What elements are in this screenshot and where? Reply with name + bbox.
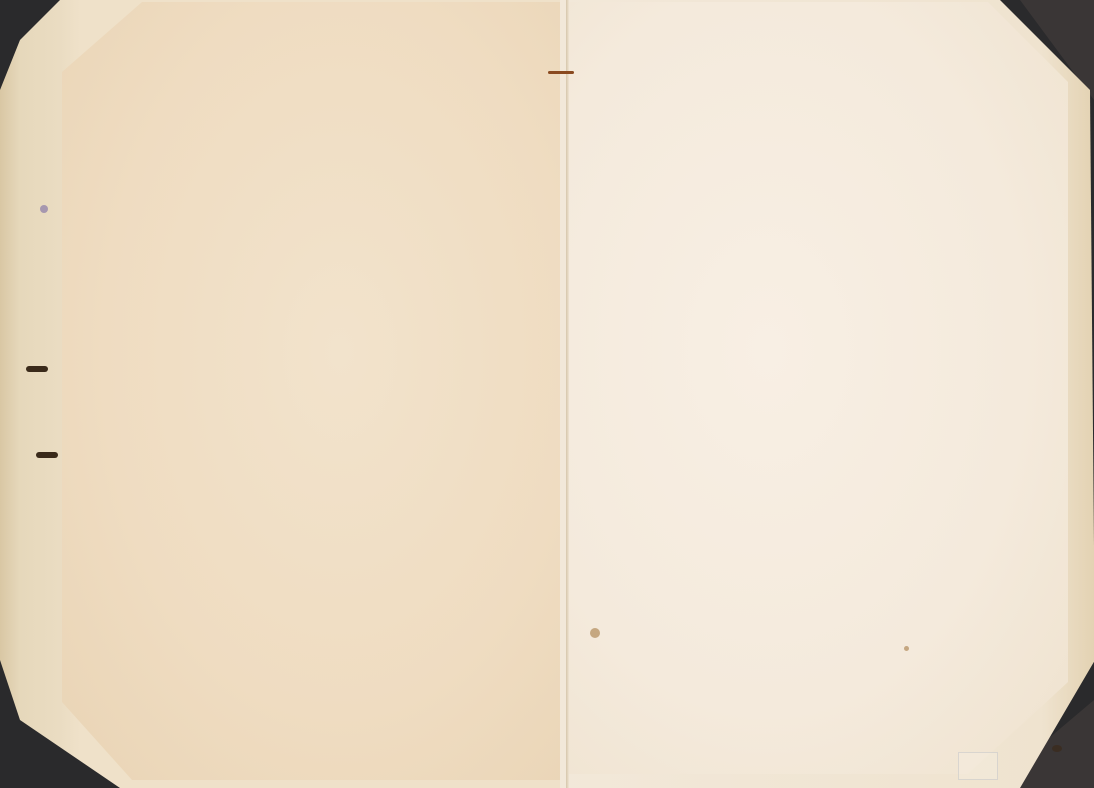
tape-piece (958, 752, 998, 780)
binding-hole (36, 452, 58, 458)
book-gutter (566, 0, 569, 788)
stain-spot (40, 205, 48, 213)
right-page (568, 2, 1068, 774)
tear-mark (548, 71, 574, 74)
cover-hole (1052, 745, 1062, 752)
stain-spot (590, 628, 600, 638)
open-book-photo (0, 0, 1094, 788)
left-page (62, 2, 567, 780)
stain-spot (904, 646, 909, 651)
binding-hole (26, 366, 48, 372)
